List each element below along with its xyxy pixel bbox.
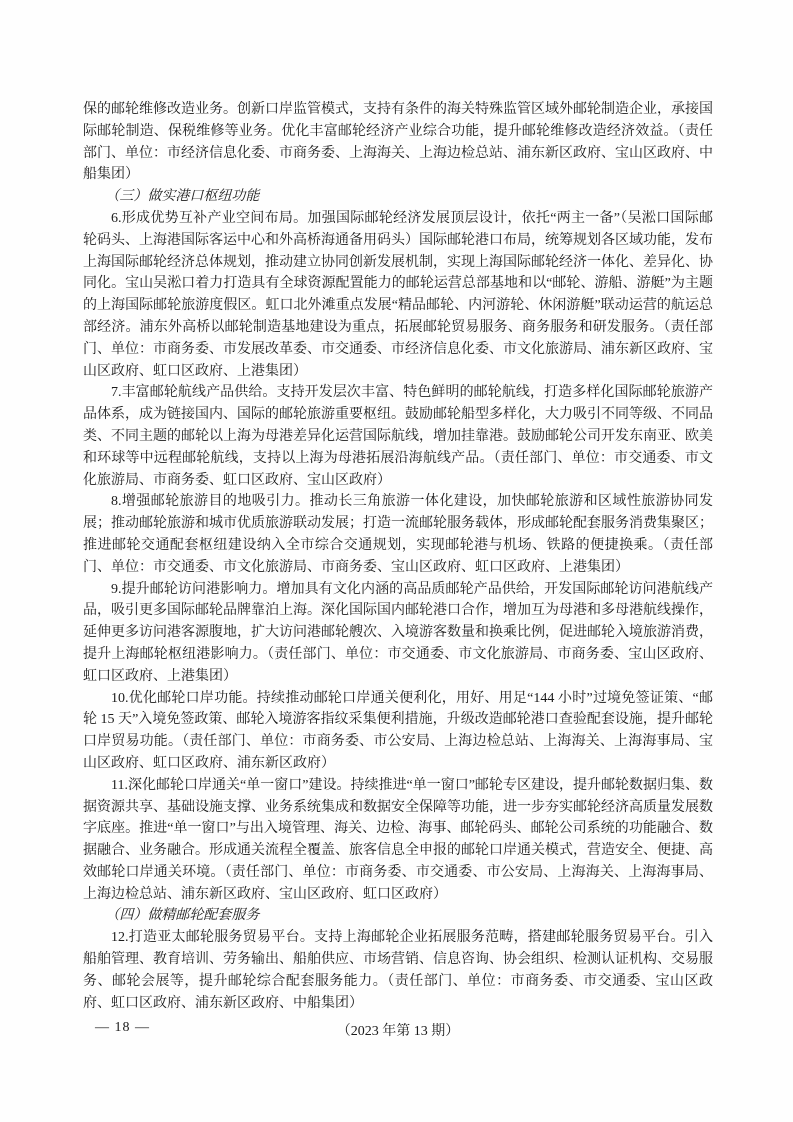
document-page: 保的邮轮维修改造业务。创新口岸监管模式，支持有条件的海关特殊监管区域外邮轮制造企…: [0, 0, 793, 1122]
policy-item-9: 9.提升邮轮访问港影响力。增加具有文化内涵的高品质邮轮产品供给，开发国际邮轮访问…: [83, 579, 713, 688]
policy-item-12: 12.打造亚太邮轮服务贸易平台。支持上海邮轮企业拓展服务范畴，搭建邮轮服务贸易平…: [83, 927, 713, 1014]
policy-item-6: 6.形成优势互补产业空间布局。加强国际邮轮经济发展顶层设计，依托“两主一备”（吴…: [83, 208, 713, 382]
page-footer: — 18 — （2023 年第 13 期）: [83, 1020, 713, 1044]
policy-item-8: 8.增强邮轮旅游目的地吸引力。推动长三角旅游一体化建设，加快邮轮旅游和区域性旅游…: [83, 491, 713, 578]
policy-item-10: 10.优化邮轮口岸功能。持续推动邮轮口岸通关便利化，用好、用足“144 小时”过…: [83, 688, 713, 775]
policy-item-11: 11.深化邮轮口岸通关“单一窗口”建设。持续推进“单一窗口”邮轮专区建设，提升邮…: [83, 775, 713, 906]
continued-paragraph: 保的邮轮维修改造业务。创新口岸监管模式，支持有条件的海关特殊监管区域外邮轮制造企…: [83, 99, 713, 186]
section-heading-4: （四）做精邮轮配套服务: [83, 905, 713, 927]
section-heading-3: （三）做实港口枢纽功能: [83, 186, 713, 208]
document-body: 保的邮轮维修改造业务。创新口岸监管模式，支持有条件的海关特殊监管区域外邮轮制造企…: [83, 99, 713, 1014]
policy-item-7: 7.丰富邮轮航线产品供给。支持开发层次丰富、特色鲜明的邮轮航线，打造多样化国际邮…: [83, 382, 713, 491]
issue-label: （2023 年第 13 期）: [83, 1020, 713, 1040]
